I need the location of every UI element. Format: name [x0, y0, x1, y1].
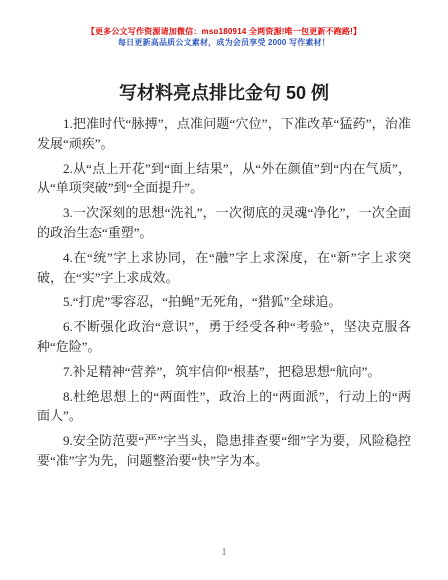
- promo-header: 【更多公文写作资源请加微信：mso180914 全网资源!唯一包更新不跑路!】 …: [0, 0, 448, 48]
- list-item: 2.从“点上开花”到“面上结果”，从“外在颜值”到“内在气质”，从“单项突破”到…: [37, 159, 411, 199]
- list-item: 6.不断强化政治“意识”，勇于经受各种“考验”，坚决克服各种“危险”。: [37, 317, 411, 357]
- promo-line-red: 【更多公文写作资源请加微信：mso180914 全网资源!唯一包更新不跑路!】: [0, 26, 448, 37]
- promo-line-blue: 每日更新高品质公文素材，成为会员享受 2000 写作素材！: [0, 37, 448, 48]
- list-item: 7.补足精神“营养”，筑牢信仰“根基”，把稳思想“航向”。: [37, 362, 411, 382]
- page-title: 写材料亮点排比金句 50 例: [0, 82, 448, 104]
- list-item: 8.杜绝思想上的“两面性”，政治上的“两面派”，行动上的“两面人”。: [37, 387, 411, 427]
- page-number: 1: [0, 547, 448, 558]
- document-body: 1.把准时代“脉搏”，点准问题“穴位”，下准改革“猛药”，治准发展“顽疾”。 2…: [37, 114, 411, 471]
- list-item: 9.安全防范要“严”字当头，隐患排查要“细”字为要，风险稳控要“准”字为先，问题…: [37, 431, 411, 471]
- list-item: 4.在“统”字上求协同，在“融”字上求深度，在“新”字上求突破，在“实”字上求成…: [37, 248, 411, 288]
- list-item: 1.把准时代“脉搏”，点准问题“穴位”，下准改革“猛药”，治准发展“顽疾”。: [37, 114, 411, 154]
- document-page: 【更多公文写作资源请加微信：mso180914 全网资源!唯一包更新不跑路!】 …: [0, 0, 448, 580]
- list-item: 5.“打虎”零容忍，“拍蝇”无死角，“猎狐”全球追。: [37, 292, 411, 312]
- list-item: 3.一次深刻的思想“洗礼”，一次彻底的灵魂“净化”，一次全面的政治生态“重塑”。: [37, 203, 411, 243]
